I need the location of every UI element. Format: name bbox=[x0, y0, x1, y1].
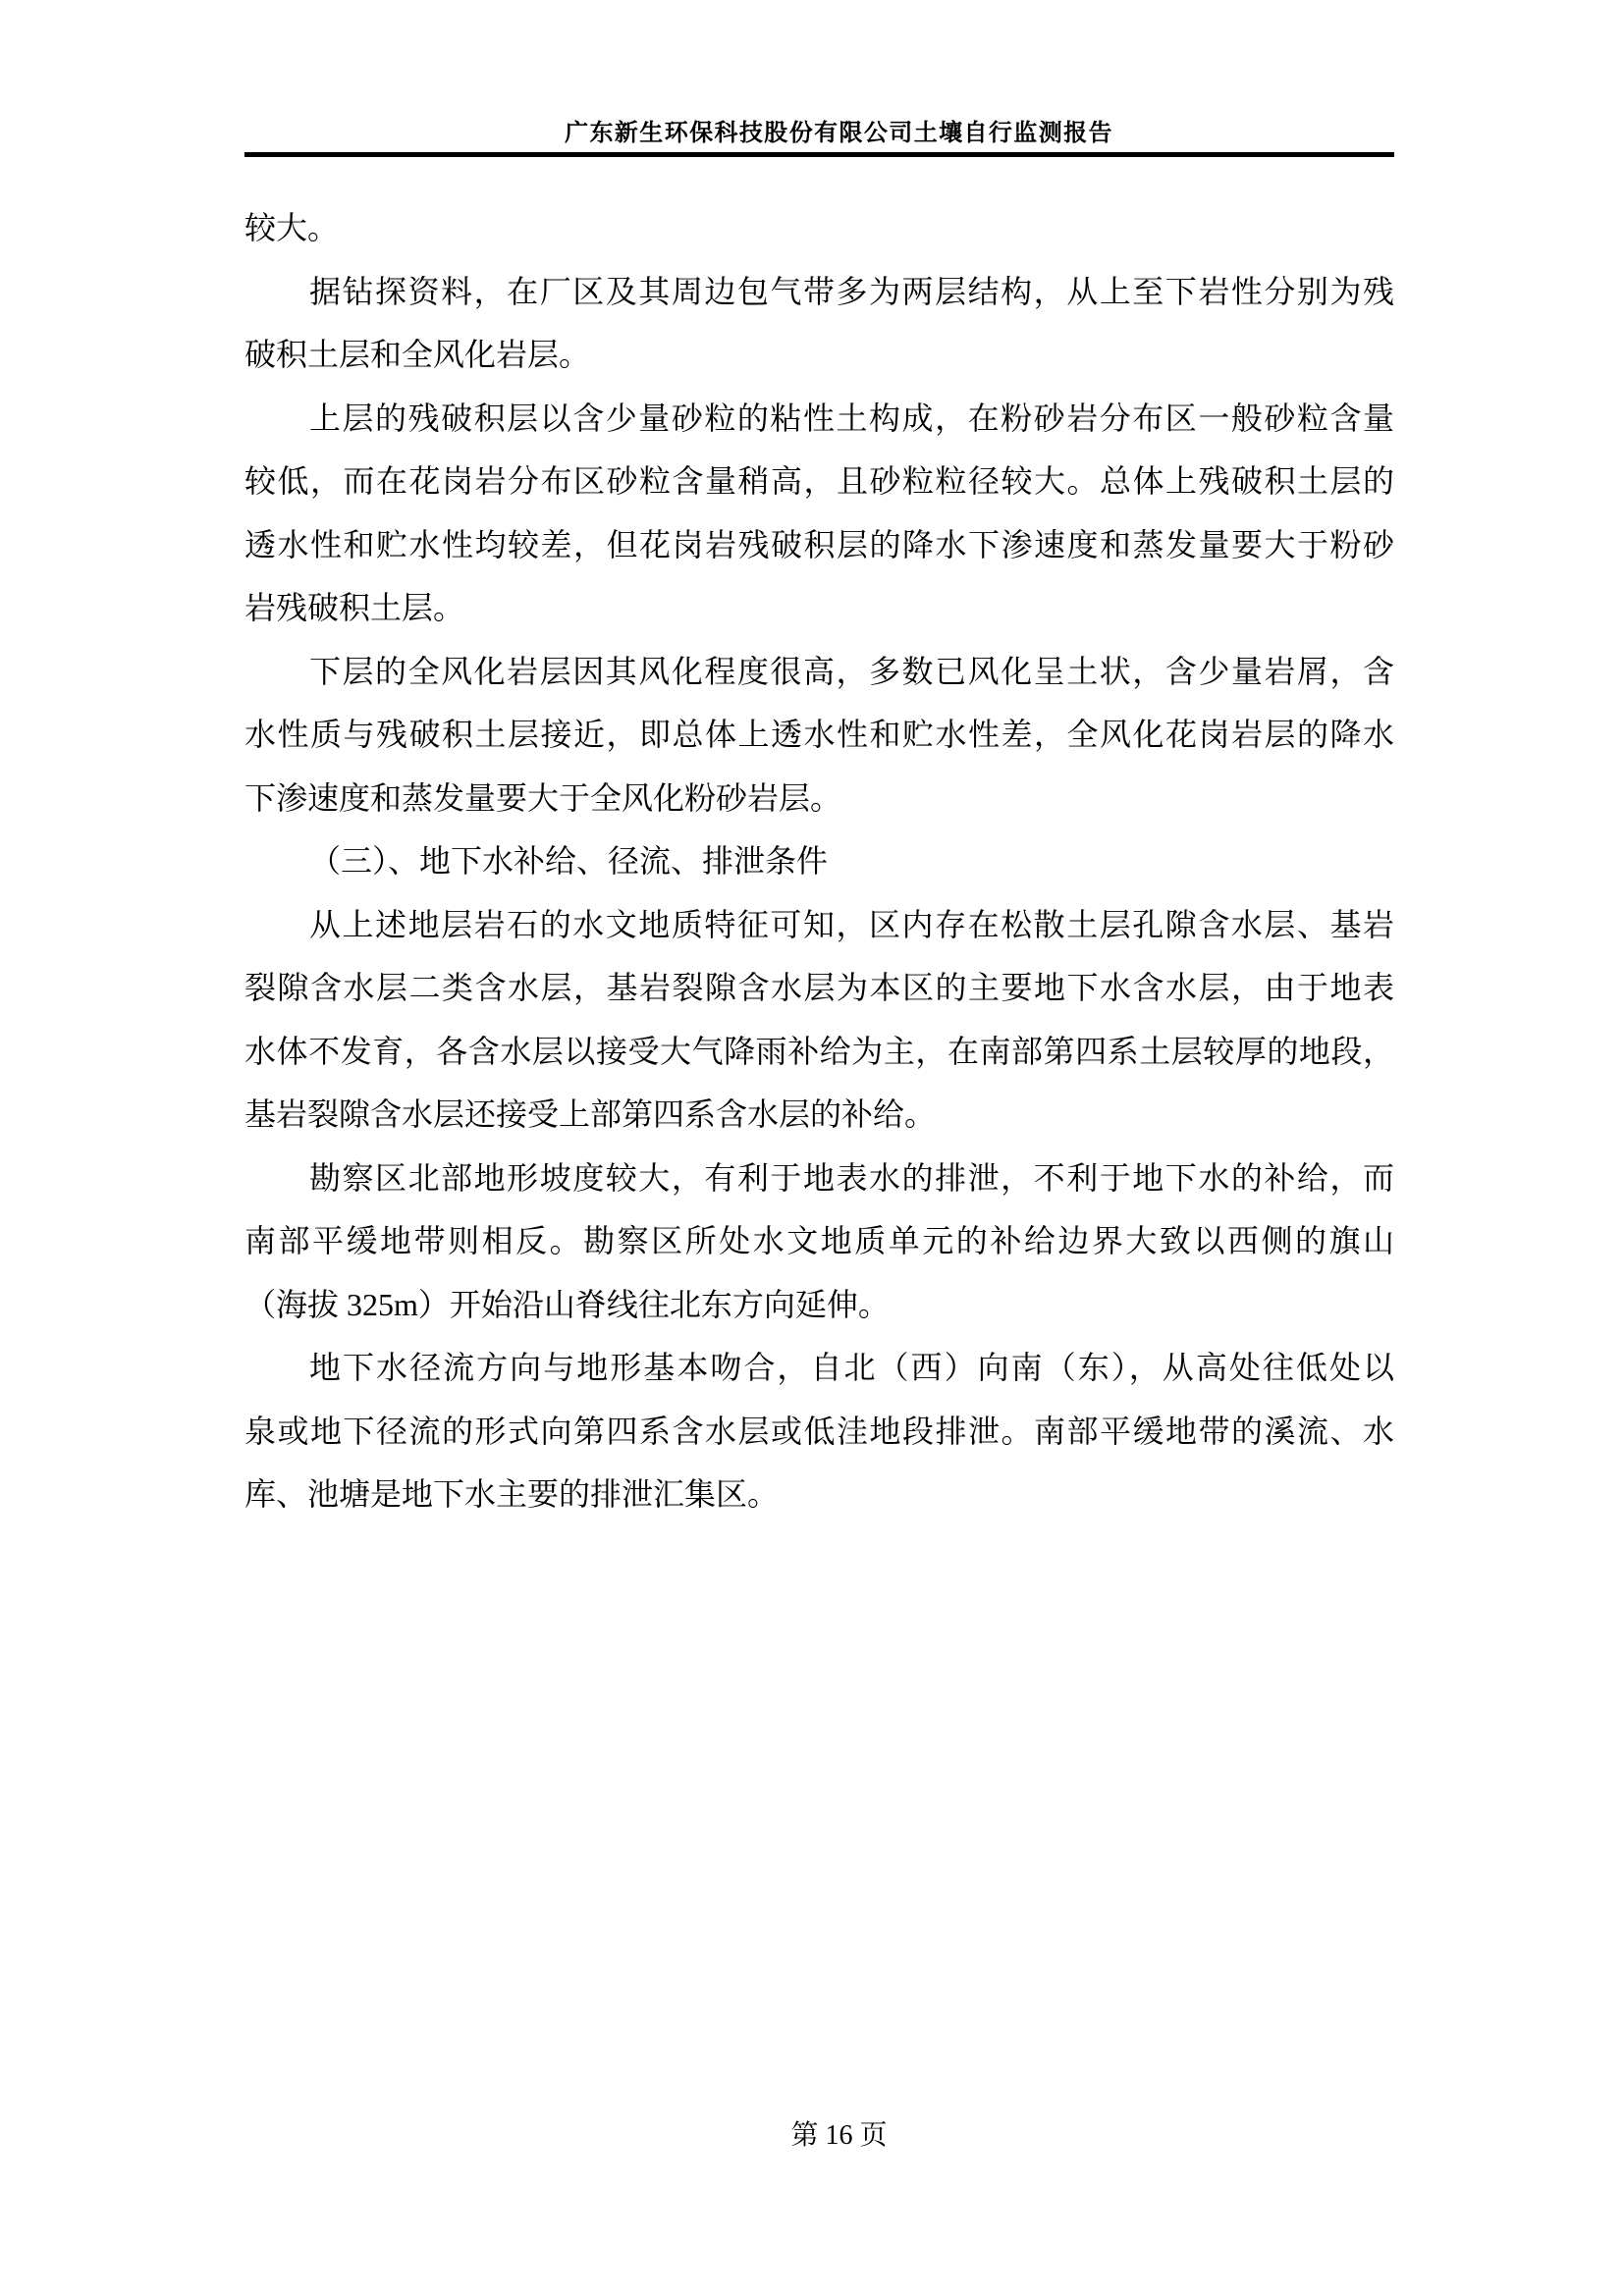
body-line-11-section-heading: （三）、地下水补给、径流、排泄条件 bbox=[244, 829, 1394, 893]
body-line-5: 较低，而在花岗岩分布区砂粒含量稍高，且砂粒粒径较大。总体上残破积土层的 bbox=[244, 450, 1394, 513]
body-line-2: 据钻探资料，在厂区及其周边包气带多为两层结构，从上至下岩性分别为残 bbox=[244, 260, 1394, 324]
body-text: 较大。 据钻探资料，在厂区及其周边包气带多为两层结构，从上至下岩性分别为残 破积… bbox=[244, 196, 1394, 1526]
body-line-7: 岩残破积土层。 bbox=[244, 576, 1394, 640]
body-line-13: 裂隙含水层二类含水层，基岩裂隙含水层为本区的主要地下水含水层，由于地表 bbox=[244, 956, 1394, 1020]
header-rule bbox=[244, 152, 1394, 157]
footer-page-number: 第 16 页 bbox=[244, 2120, 1434, 2152]
body-line-19: 地下水径流方向与地形基本吻合，自北（西）向南（东），从高处往低处以 bbox=[244, 1336, 1394, 1400]
body-line-21: 库、池塘是地下水主要的排泄汇集区。 bbox=[244, 1463, 1394, 1526]
body-line-20: 泉或地下径流的形式向第四系含水层或低洼地段排泄。南部平缓地带的溪流、水 bbox=[244, 1400, 1394, 1464]
body-line-18: （海拔 325m）开始沿山脊线往北东方向延伸。 bbox=[244, 1273, 1394, 1337]
body-line-10: 下渗速度和蒸发量要大于全风化粉砂岩层。 bbox=[244, 767, 1394, 830]
page-header-title: 广东新生环保科技股份有限公司土壤自行监测报告 bbox=[244, 122, 1434, 145]
body-line-9: 水性质与残破积土层接近，即总体上透水性和贮水性差，全风化花岗岩层的降水 bbox=[244, 703, 1394, 767]
body-line-12: 从上述地层岩石的水文地质特征可知，区内存在松散土层孔隙含水层、基岩 bbox=[244, 893, 1394, 957]
body-line-17: 南部平缓地带则相反。勘察区所处水文地质单元的补给边界大致以西侧的旗山 bbox=[244, 1209, 1394, 1273]
body-line-3: 破积土层和全风化岩层。 bbox=[244, 323, 1394, 387]
body-line-4: 上层的残破积层以含少量砂粒的粘性土构成，在粉砂岩分布区一般砂粒含量 bbox=[244, 387, 1394, 451]
body-line-14: 水体不发育，各含水层以接受大气降雨补给为主，在南部第四系土层较厚的地段， bbox=[244, 1020, 1394, 1084]
document-page: 广东新生环保科技股份有限公司土壤自行监测报告 较大。 据钻探资料，在厂区及其周边… bbox=[0, 0, 1624, 2296]
body-line-6: 透水性和贮水性均较差，但花岗岩残破积层的降水下渗速度和蒸发量要大于粉砂 bbox=[244, 513, 1394, 577]
body-line-1: 较大。 bbox=[244, 196, 1394, 260]
body-line-8: 下层的全风化岩层因其风化程度很高，多数已风化呈土状，含少量岩屑，含 bbox=[244, 640, 1394, 704]
body-line-15: 基岩裂隙含水层还接受上部第四系含水层的补给。 bbox=[244, 1083, 1394, 1147]
body-line-16: 勘察区北部地形坡度较大，有利于地表水的排泄，不利于地下水的补给，而 bbox=[244, 1147, 1394, 1210]
